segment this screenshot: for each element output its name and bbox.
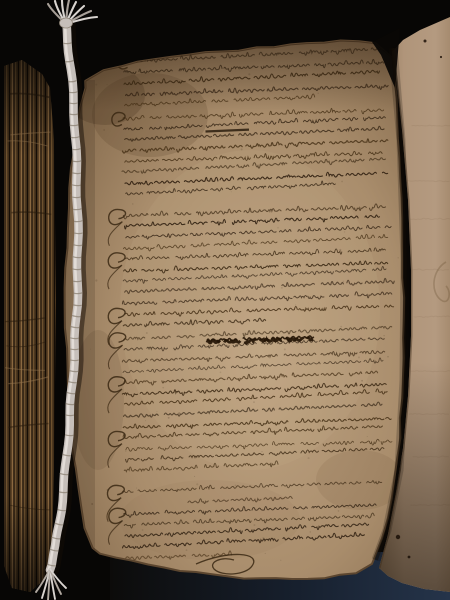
frayed-page-edges (4, 60, 56, 592)
manuscript-photo-canvas: Photograph of an opened 17th-century bou… (0, 0, 450, 600)
manuscript-photo: Photograph of an opened 17th-century bou… (0, 0, 450, 600)
